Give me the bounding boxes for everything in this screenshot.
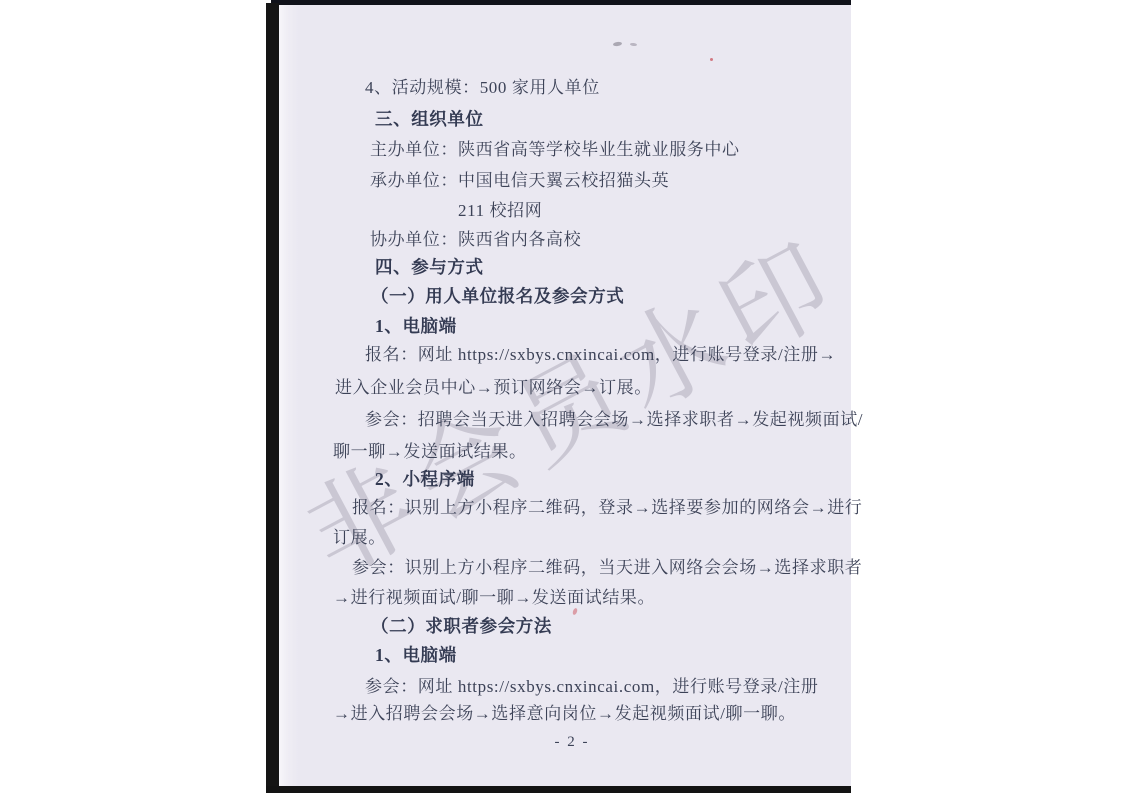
item-heading-miniapp: 2、小程序端 (333, 467, 870, 491)
doc-line-jobseeker-pc-1: 参会：网址 https://sxbys.cnxincai.com，进行账号登录/… (333, 675, 860, 699)
doc-line-signup-mini-2: 订展。 (333, 526, 828, 550)
section-heading-4: 四、参与方式 (333, 255, 870, 279)
item-heading-pc-1: 1、电脑端 (333, 314, 870, 338)
doc-line-jobseeker-pc-2: →进入招聘会会场→选择意向岗位→发起视频面试/聊一聊。 (333, 702, 828, 726)
doc-line-activity-scale: 4、活动规模：500 家用人单位 (333, 76, 860, 100)
doc-line-organizer-unit: 承办单位：中国电信天翼云校招猫头英 (333, 169, 865, 193)
page-edge-shadow (279, 0, 299, 793)
doc-line-signup-mini-1: 报名：识别上方小程序二维码，登录→选择要参加的网络会→进行 (333, 496, 847, 520)
doc-line-organizer-unit-2: 211 校招网 (333, 199, 953, 223)
scan-border-left (266, 3, 279, 793)
doc-line-host-unit: 主办单位：陕西省高等学校毕业生就业服务中心 (333, 138, 865, 162)
scan-speck (710, 58, 713, 61)
scan-border-top (271, 0, 851, 5)
page-number: - 2 - (333, 730, 811, 754)
doc-line-signup-pc-1: 报名：网址 https://sxbys.cnxincai.com，进行账号登录/… (333, 343, 860, 367)
doc-line-co-organizer: 协办单位：陕西省内各高校 (333, 228, 865, 252)
doc-line-signup-pc-2: 进入企业会员中心→预订网络会→订展。 (333, 376, 830, 400)
subsection-heading-1: （一）用人单位报名及参会方式 (333, 284, 866, 308)
subsection-heading-2: （二）求职者参会方法 (333, 614, 866, 638)
doc-line-attend-pc-2: 聊一聊→发送面试结果。 (333, 440, 828, 464)
scanned-document: 非会员水印 4、活动规模：500 家用人单位 三、组织单位 主办单位：陕西省高等… (0, 0, 1122, 793)
item-heading-pc-2: 1、电脑端 (333, 643, 870, 667)
doc-line-attend-mini-1: 参会：识别上方小程序二维码，当天进入网络会会场→选择求职者 (333, 556, 847, 580)
doc-line-attend-pc-1: 参会：招聘会当天进入招聘会会场→选择求职者→发起视频面试/ (333, 408, 860, 432)
doc-line-attend-mini-2: →进行视频面试/聊一聊→发送面试结果。 (333, 586, 828, 610)
section-heading-3: 三、组织单位 (333, 107, 870, 131)
scan-border-bottom (266, 786, 851, 793)
